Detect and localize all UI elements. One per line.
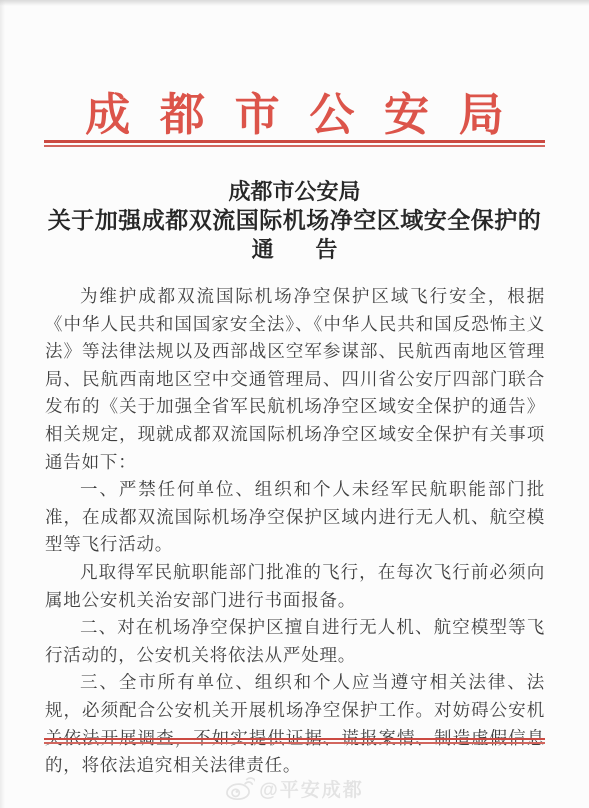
document-page: 成都市公安局 成都市公安局 关于加强成都双流国际机场净空区域安全保护的 通告 为… [0, 0, 589, 808]
document-body: 为维护成都双流国际机场净空保护区域飞行安全，根据《中华人民共和国国家安全法》、《… [45, 283, 545, 780]
letterhead-rule [44, 140, 545, 147]
document-title-type: 通告 [0, 235, 589, 264]
bottom-rule-line1 [44, 738, 545, 740]
body-paragraph: 为维护成都双流国际机场净空保护区域飞行安全，根据《中华人民共和国国家安全法》、《… [45, 283, 545, 476]
weibo-icon [225, 776, 255, 801]
body-paragraph: 一、严禁任何单位、组织和个人未经军民航职能部门批准，在成都双流国际机场净空保护区… [45, 476, 545, 559]
watermark: @平安成都 [0, 775, 589, 802]
letterhead-title: 成都市公安局 [0, 78, 589, 143]
watermark-text: @平安成都 [259, 775, 364, 802]
letterhead-rule-thick [44, 140, 545, 143]
body-paragraph: 三、全市所有单位、组织和个人应当遵守相关法律、法规，必须配合公安机关开展机场净空… [45, 669, 545, 779]
document-title-subject: 关于加强成都双流国际机场净空区域安全保护的 [0, 206, 589, 235]
body-paragraph: 凡取得军民航职能部门批准的飞行，在每次飞行前必须向属地公安机关治安部门进行书面报… [45, 559, 545, 614]
body-paragraph: 二、对在机场净空保护区擅自进行无人机、航空模型等飞行活动的，公安机关将依法从严处… [45, 614, 545, 669]
document-title-issuer: 成都市公安局 [0, 177, 589, 206]
bottom-rule-line2 [44, 742, 545, 744]
document-title: 成都市公安局 关于加强成都双流国际机场净空区域安全保护的 通告 [0, 177, 589, 264]
bottom-rule [44, 738, 545, 744]
letterhead-rule-thin [44, 145, 545, 147]
